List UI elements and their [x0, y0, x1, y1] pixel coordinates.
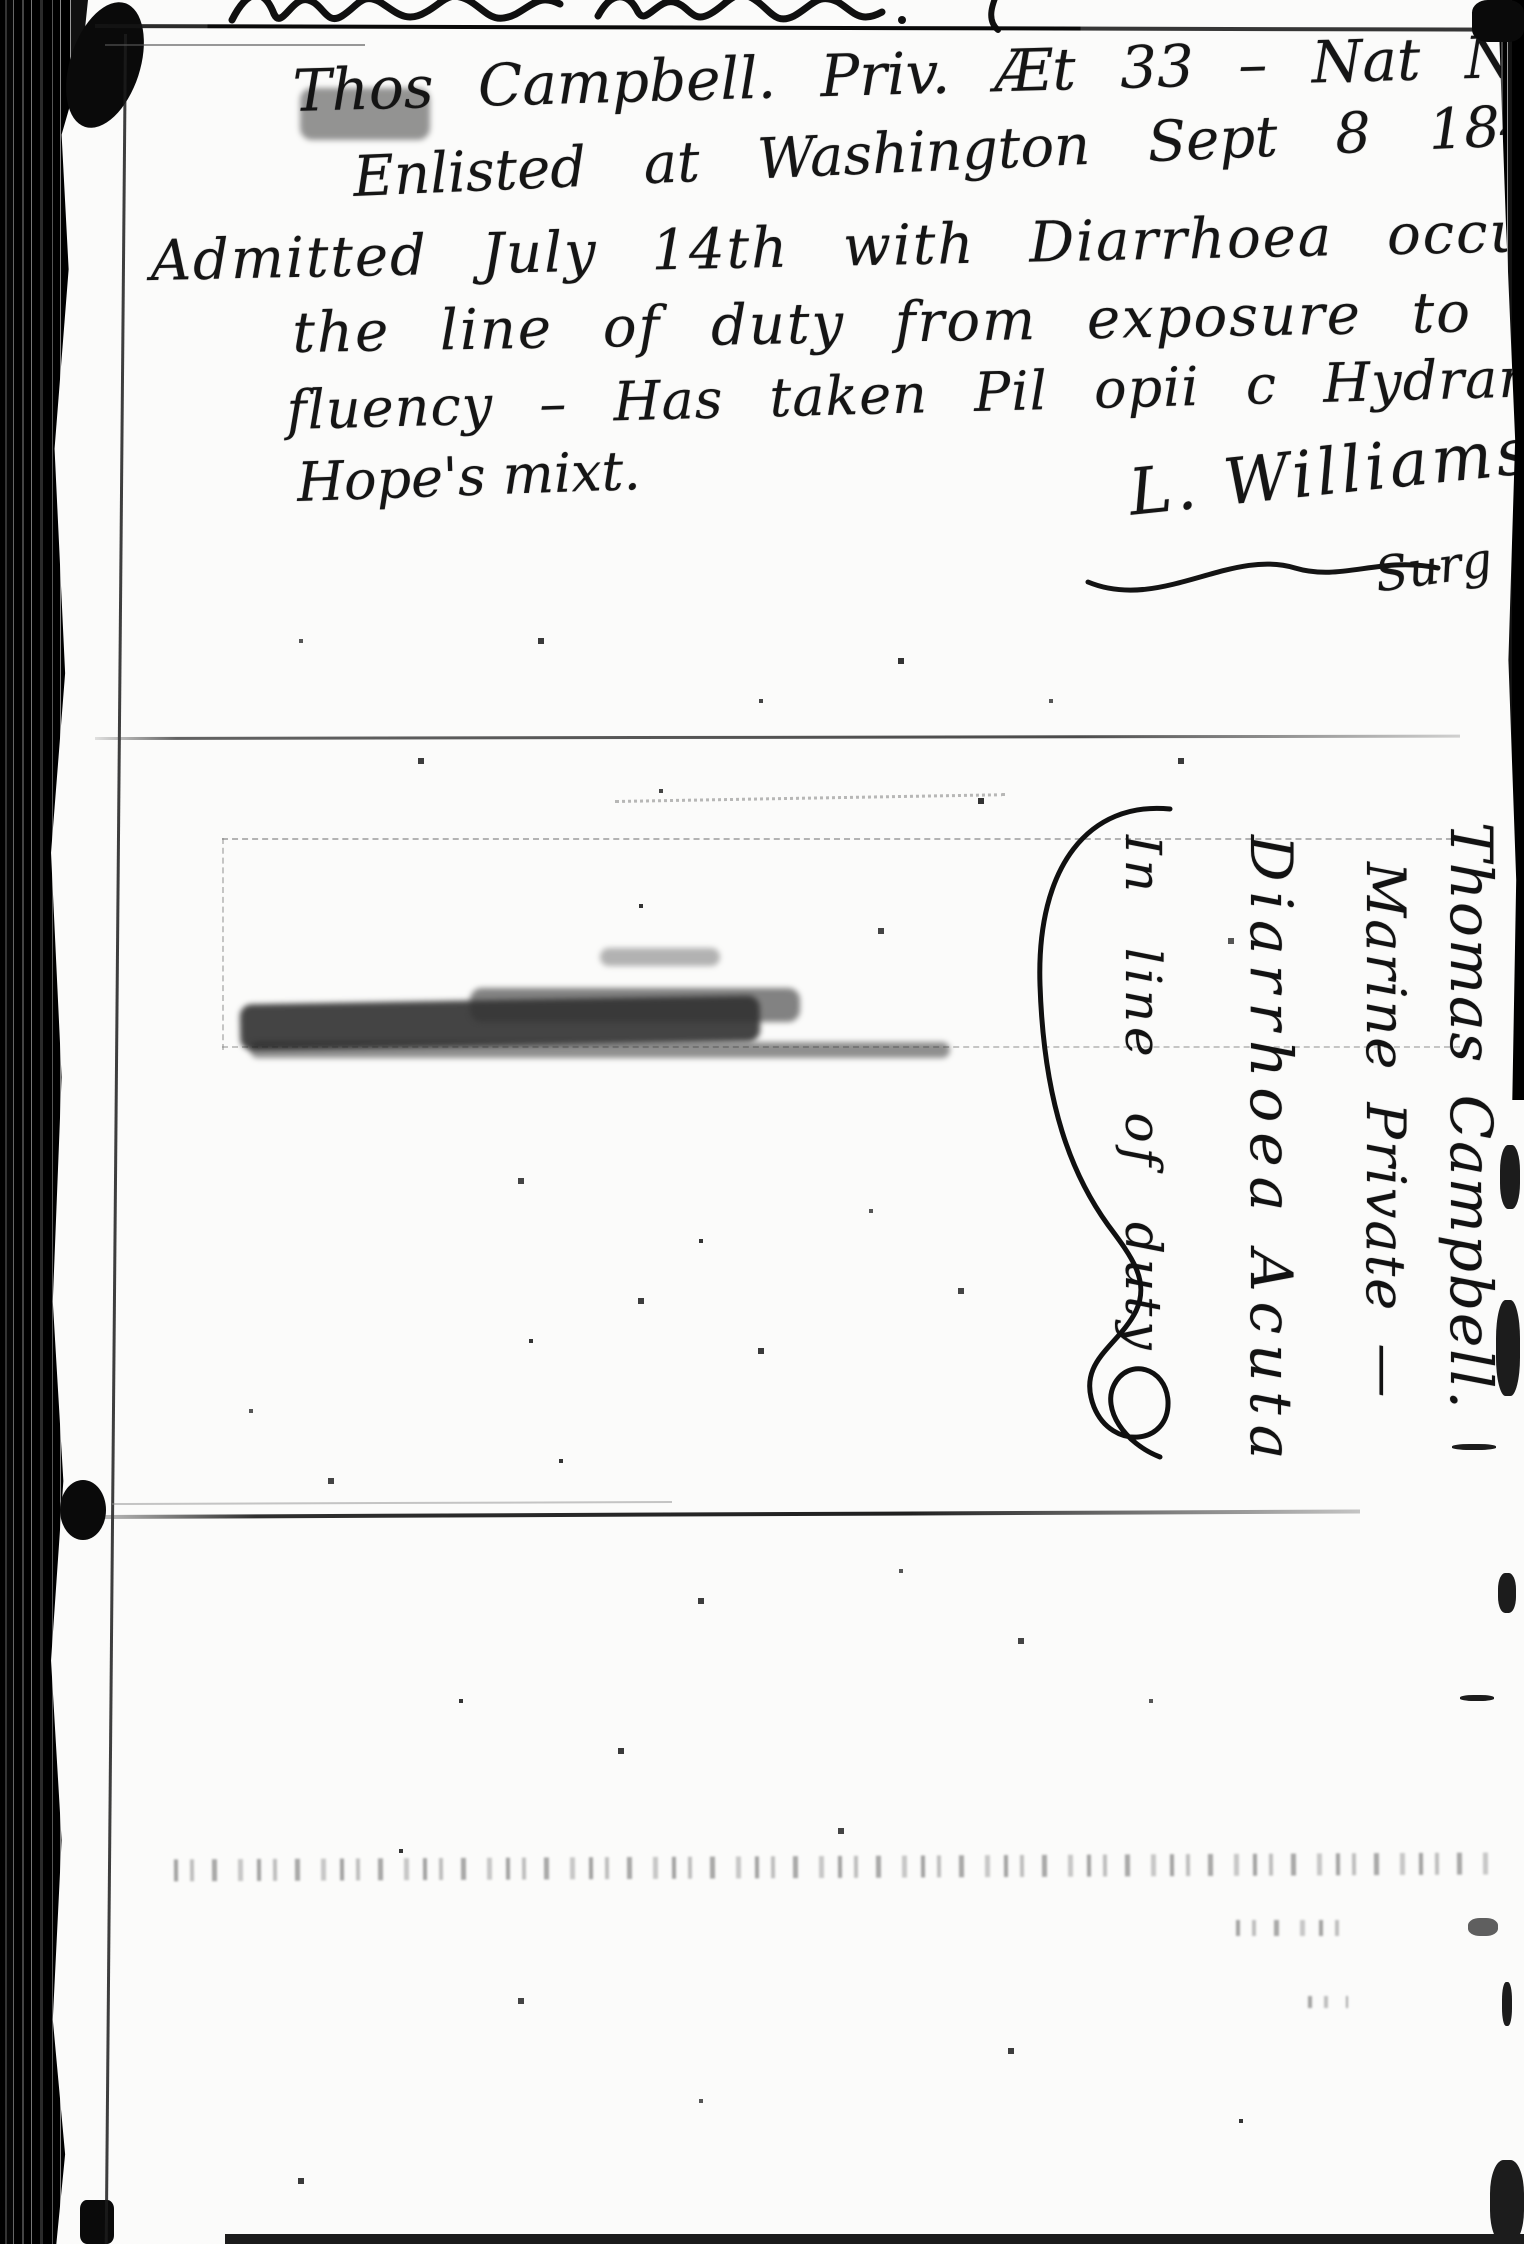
faint-box-left [222, 838, 224, 1050]
right-margin-smudge-2 [1496, 1300, 1520, 1396]
docket-flourish-brace [1020, 795, 1190, 1495]
signature-name: L. Williams [1126, 420, 1524, 526]
docket-diagnosis: Diarrhoea Acuta [1242, 835, 1300, 1469]
scan-speckles [0, 0, 2, 2]
left-binding-edge [0, 0, 88, 2244]
bottom-edge-bar [225, 2234, 1524, 2244]
signature-title: Surg [1372, 536, 1495, 600]
faint-squiggle-trace [615, 793, 1005, 803]
ink-blob-top-right [1472, 0, 1524, 42]
note-line-6: Hope's mixt. [296, 444, 641, 510]
note-line-3: Admitted July 14th with Diarrhoea occurr… [150, 202, 1524, 290]
lower-rule [105, 1510, 1360, 1519]
page-edge-line [105, 34, 127, 2244]
right-margin-smudge-5 [1502, 1982, 1512, 2026]
lower-rule-echo [112, 1501, 672, 1505]
right-margin-smudge-3 [1498, 1573, 1516, 1613]
ink-blob-left-mid [60, 1480, 106, 1540]
right-margin-smudge-1 [1500, 1145, 1520, 1209]
right-margin-smudge-6 [1490, 2160, 1524, 2244]
bleedthrough-blotch-4 [600, 948, 720, 966]
docket-name: Thomas Campbell. [1442, 822, 1500, 1411]
docket-rank: Marine Private — [1358, 862, 1412, 1399]
ink-blob-bottom-left [80, 2200, 114, 2244]
bleedthrough-blotch-3 [250, 1042, 950, 1058]
bleedthrough-blotch-2 [470, 988, 800, 1022]
ink-overwrite-smudge [300, 88, 430, 140]
scanned-document-page: Thos Campbell. Priv. Æt 33 – Nat New Enl… [0, 0, 1524, 2244]
right-margin-dash-2 [1460, 1695, 1494, 1701]
note-line-4: the line of duty from exposure to endemi… [292, 278, 1524, 362]
right-margin-dash-1 [1452, 1444, 1496, 1450]
faint-printed-text-fragment-2 [1294, 1996, 1348, 2008]
faint-printed-text-fragment-1 [1222, 1920, 1342, 1936]
section-divider-rule [95, 735, 1460, 740]
faint-printed-text-line [160, 1853, 1490, 1882]
right-margin-smudge-4 [1468, 1918, 1498, 1936]
ticket-top-rule-echo [105, 44, 365, 46]
